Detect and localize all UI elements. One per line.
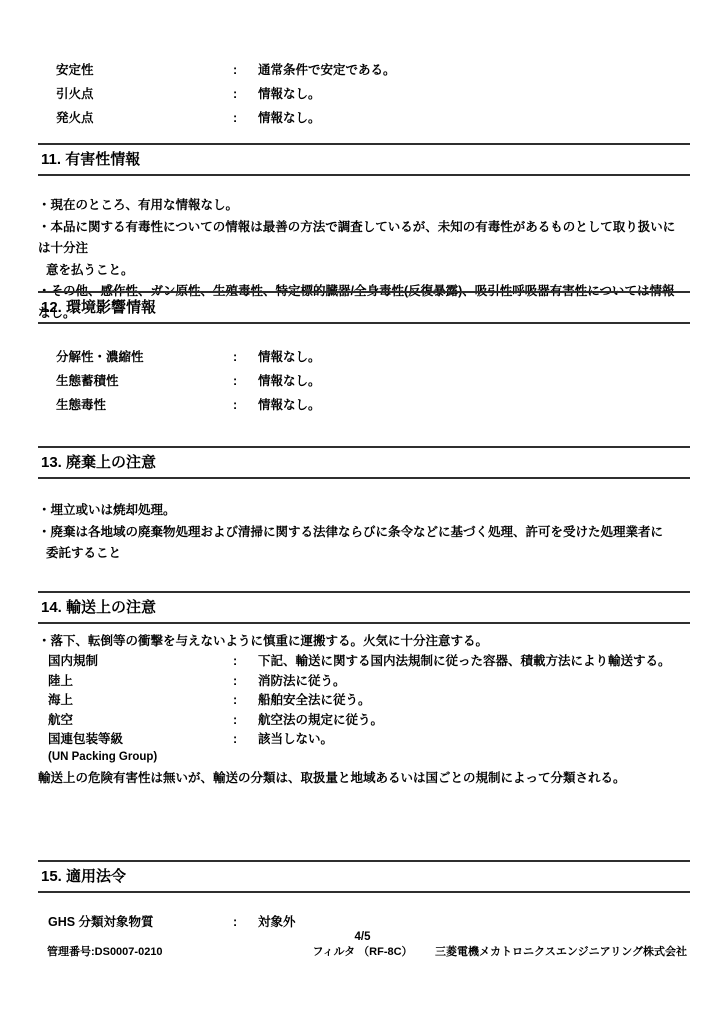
table-row: 安定性 : 通常条件で安定である。 [38,58,687,82]
row-label: 国連包装等級 (UN Packing Group) [48,730,233,765]
section-15-title: 15. 適用法令 [41,867,690,887]
row-label: 陸上 [48,672,233,692]
row-value: 情報なし。 [258,369,687,393]
row-value: 情報なし。 [258,393,687,417]
table-row: 分解性・濃縮性 : 情報なし。 [38,345,687,369]
row-colon: : [233,691,258,711]
physical-properties-table: 安定性 : 通常条件で安定である。 引火点 : 情報なし。 発火点 : 情報なし… [38,58,687,130]
row-label: 分解性・濃縮性 [56,345,233,369]
section-13-title: 13. 廃棄上の注意 [41,453,690,473]
row-value: 下記、輸送に関する国内法規制に従った容器、積載方法により輸送する。 [258,652,687,672]
bullet-line: ・廃棄は各地域の廃棄物処理および清掃に関する法律ならびに条令などに基づく処理、許… [38,522,687,544]
table-row: 国連包装等級 (UN Packing Group) : 該当しない。 [38,730,687,765]
section-14-title: 14. 輸送上の注意 [41,598,690,618]
row-colon: : [233,58,258,82]
section-14-table: 国内規制 : 下記、輸送に関する国内法規制に従った容器、積載方法により輸送する。… [38,652,687,765]
row-colon: : [233,730,258,750]
row-value: 船舶安全法に従う。 [258,691,687,711]
row-value: 該当しない。 [258,730,687,750]
section-14-body: ・落下、転倒等の衝撃を与えないように慎重に運搬する。火気に十分注意する。 国内規… [38,631,687,789]
bullet-line: ・落下、転倒等の衝撃を与えないように慎重に運搬する。火気に十分注意する。 [38,631,687,652]
page-footer: 管理番号:DS0007-0210 フィルタ （RF-8C） 三菱電機メカトロニク… [38,945,687,961]
table-row: 陸上 : 消防法に従う。 [38,672,687,692]
table-row: 航空 : 航空法の規定に従う。 [38,711,687,731]
row-colon: : [233,393,258,417]
row-value: 情報なし。 [258,82,687,106]
row-label: 国内規制 [48,652,233,672]
row-label: 引火点 [56,82,233,106]
continuation-line: 意を払うこと。 [38,260,687,282]
row-colon: : [233,652,258,672]
row-value: 消防法に従う。 [258,672,687,692]
transport-note: 輸送上の危険有害性は無いが、輸送の分類は、取扱量と地域あるいは国ごとの規制によっ… [38,768,687,789]
row-value: 情報なし。 [258,106,687,130]
row-colon: : [233,345,258,369]
section-12-table: 分解性・濃縮性 : 情報なし。 生態蓄積性 : 情報なし。 生態毒性 : 情報な… [38,345,687,417]
table-row: 発火点 : 情報なし。 [38,106,687,130]
row-label: 海上 [48,691,233,711]
bullet-line: ・埋立或いは焼却処理。 [38,500,687,522]
row-value: 航空法の規定に従う。 [258,711,687,731]
row-label-sub: (UN Packing Group) [48,750,233,765]
row-label: 発火点 [56,106,233,130]
sds-document-page: 安定性 : 通常条件で安定である。 引火点 : 情報なし。 発火点 : 情報なし… [0,0,724,1024]
row-colon: : [233,369,258,393]
section-12-title: 12. 環境影響情報 [41,298,690,318]
section-14-header: 14. 輸送上の注意 [38,591,690,624]
section-13-header: 13. 廃棄上の注意 [38,446,690,479]
section-11-title: 11. 有害性情報 [41,150,690,170]
section-15-header: 15. 適用法令 [38,860,690,893]
row-label: 航空 [48,711,233,731]
row-colon: : [233,711,258,731]
row-value: 通常条件で安定である。 [258,58,687,82]
row-colon: : [233,106,258,130]
row-value: 情報なし。 [258,345,687,369]
row-colon: : [233,82,258,106]
continuation-line: 委託すること [38,543,687,565]
row-label: 安定性 [56,58,233,82]
table-row: 生態毒性 : 情報なし。 [38,393,687,417]
section-12-header: 12. 環境影響情報 [38,291,690,324]
table-row: 国内規制 : 下記、輸送に関する国内法規制に従った容器、積載方法により輸送する。 [38,652,687,672]
row-label-main: 国連包装等級 [48,732,123,746]
row-colon: : [233,672,258,692]
section-11-header: 11. 有害性情報 [38,143,690,176]
page-number: 4/5 [38,930,687,945]
row-label: 生態蓄積性 [56,369,233,393]
table-row: 海上 : 船舶安全法に従う。 [38,691,687,711]
table-row: 生態蓄積性 : 情報なし。 [38,369,687,393]
bullet-line: ・本品に関する有毒性についての情報は最善の方法で調査しているが、未知の有毒性があ… [38,217,687,260]
bullet-line: ・現在のところ、有用な情報なし。 [38,195,687,217]
section-13-body: ・埋立或いは焼却処理。 ・廃棄は各地域の廃棄物処理および清掃に関する法律ならびに… [38,500,687,565]
table-row: 引火点 : 情報なし。 [38,82,687,106]
footer-company-name: 三菱電機メカトロニクスエンジニアリング株式会社 [435,945,687,960]
row-label: 生態毒性 [56,393,233,417]
